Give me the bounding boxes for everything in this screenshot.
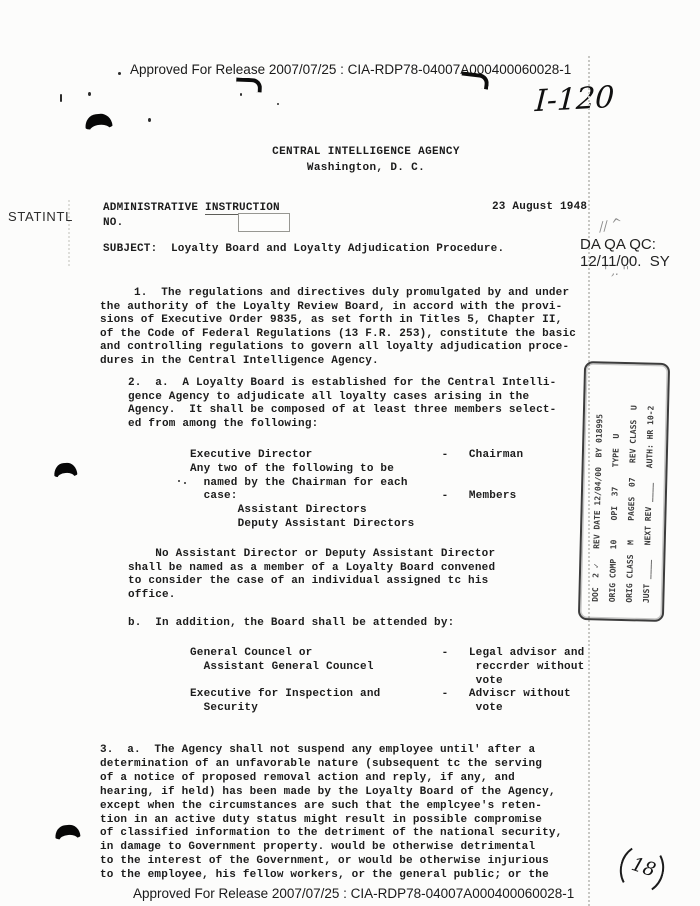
- ink-blob-middle: [54, 462, 78, 478]
- ink-blob-bottom: [54, 824, 80, 840]
- paragraph-1: 1. The regulations and directives duly p…: [100, 287, 576, 368]
- document-page: Approved For Release 2007/07/25 : CIA-RD…: [0, 0, 700, 906]
- release-line-bottom: Approved For Release 2007/07/25 : CIA-RD…: [133, 886, 574, 901]
- doc-no-label: NO.: [103, 217, 123, 231]
- release-line-top: Approved For Release 2007/07/25 : CIA-RD…: [130, 62, 571, 77]
- redaction-box: [238, 213, 290, 232]
- page-number-text: 18: [629, 853, 659, 881]
- pencil-mark-bottom: ' ,. '': [604, 264, 629, 278]
- doc-type-word1: ADMINISTRATIVE: [103, 202, 205, 214]
- ink-blob-top: [84, 113, 112, 131]
- statintl-note: STATINTL: [8, 209, 73, 224]
- paragraph-2a: 2. a. A Loyalty Board is established for…: [128, 377, 556, 431]
- document-date: 23 August 1948: [492, 201, 587, 215]
- speck: [277, 103, 279, 105]
- speck: [178, 480, 180, 482]
- declassification-stamp-text: DOC 2 ✓ REV DATE 12/04/00 BY 018995 ORIG…: [583, 367, 663, 612]
- speck: [184, 482, 186, 484]
- speck: [118, 72, 121, 75]
- paragraph-3a: 3. a. The Agency shall not suspend any e…: [100, 744, 562, 883]
- paragraph-2b: b. In addition, the Board shall be atten…: [128, 617, 454, 631]
- agency-title: CENTRAL INTELLIGENCE AGENCY: [206, 146, 526, 160]
- handwritten-page-number: 18: [615, 839, 670, 898]
- qc-stamp-line1: DA QA QC:: [580, 236, 656, 253]
- speck: [240, 93, 242, 96]
- subject-line: SUBJECT: Loyalty Board and Loyalty Adjud…: [103, 243, 504, 257]
- board-composition-list: Executive Director - Chairman Any two of…: [190, 449, 523, 532]
- board-attendees-list: General Councel or - Legal advisor and A…: [190, 647, 584, 716]
- speck: [88, 92, 91, 96]
- speck: [60, 94, 62, 102]
- handwritten-doc-number: I-120: [534, 80, 615, 119]
- paragraph-2a-note: No Assistant Director or Deputy Assistan…: [128, 548, 495, 602]
- declassification-stamp-box: DOC 2 ✓ REV DATE 12/04/00 BY 018995 ORIG…: [578, 361, 670, 622]
- speck: [148, 118, 151, 122]
- pencil-mark-top: // ^: [598, 216, 624, 236]
- registration-mark-left: [236, 78, 262, 93]
- agency-city: Washington, D. C.: [206, 162, 526, 176]
